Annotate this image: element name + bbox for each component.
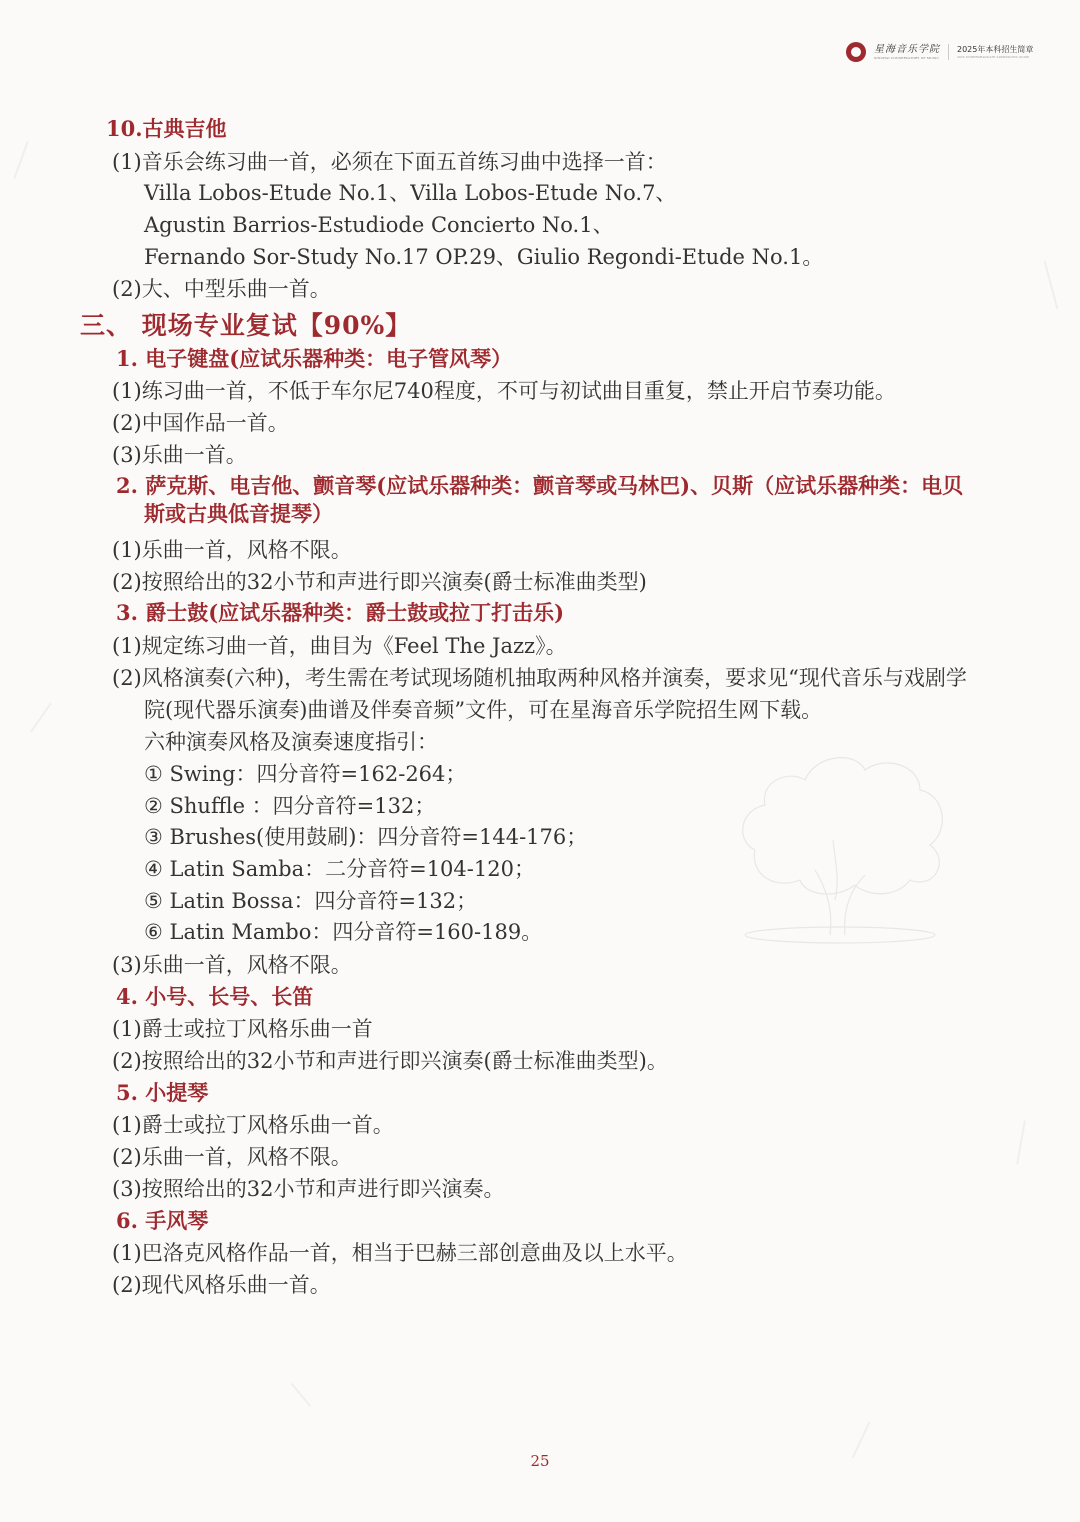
requirement-item: (2)中国作品一首。	[112, 407, 289, 437]
requirement-item: (2)现代风格乐曲一首。	[112, 1269, 331, 1299]
tempo-style-item: ④ Latin Samba：二分音符=104-120；	[144, 853, 535, 883]
tempo-style-item: ③ Brushes(使用鼓刷)：四分音符=144-176；	[144, 821, 587, 851]
brochure-title-en: 2025 UNDERGRADUATE ADMISSIONS GUIDE	[957, 56, 1033, 59]
subsection-heading-sax-guitar-bass-cont: 斯或古典低音提琴）	[144, 498, 333, 528]
institution-name-cn: 星海音乐学院	[874, 45, 940, 55]
guitar-item: (2)大、中型乐曲一首。	[112, 273, 331, 303]
paper-fiber	[13, 141, 29, 179]
institution-name: 星海音乐学院 XINGHAI CONSERVATORY OF MUSIC	[874, 45, 940, 60]
requirement-item-cont: 院(现代器乐演奏)曲谱及伴奏音频”文件，可在星海音乐学院招生网下载。	[144, 694, 822, 724]
tempo-guide-label: 六种演奏风格及演奏速度指引：	[144, 726, 438, 756]
requirement-item: (3)按照给出的32小节和声进行即兴演奏。	[112, 1173, 504, 1203]
paper-fiber	[291, 1383, 312, 1407]
paper-fiber	[1044, 261, 1059, 310]
guitar-etude-list: Villa Lobos-Etude No.1、Villa Lobos-Etude…	[144, 177, 676, 207]
paper-fiber	[1016, 1120, 1026, 1165]
guitar-etude-list: Fernando Sor-Study No.17 OP.29、Giulio Re…	[144, 241, 823, 271]
requirement-item: (1)巴洛克风格作品一首，相当于巴赫三部创意曲及以上水平。	[112, 1237, 688, 1267]
subsection-heading-sax-guitar-bass: 2. 萨克斯、电吉他、颤音琴(应试乐器种类：颤音琴或马林巴)、贝斯（应试乐器种类…	[116, 470, 963, 500]
requirement-item: (2)按照给出的32小节和声进行即兴演奏(爵士标准曲类型)	[112, 566, 647, 596]
paper-fiber	[30, 703, 52, 733]
guitar-heading: 10.古典吉他	[106, 113, 227, 143]
tempo-style-item: ⑥ Latin Mambo：四分音符=160-189。	[144, 916, 542, 946]
requirement-item: (1)乐曲一首，风格不限。	[112, 534, 352, 564]
requirement-item: (2)按照给出的32小节和声进行即兴演奏(爵士标准曲类型)。	[112, 1045, 668, 1075]
page-number: 25	[0, 1452, 1080, 1470]
subsection-heading-keyboard: 1. 电子键盘(应试乐器种类：电子管风琴）	[116, 343, 512, 373]
requirement-item: (2)风格演奏(六种)，考生需在考试现场随机抽取两种风格并演奏，要求见“现代音乐…	[112, 662, 967, 692]
requirement-item: (3)乐曲一首，风格不限。	[112, 949, 352, 979]
requirement-item: (3)乐曲一首。	[112, 439, 247, 469]
brochure-title: 2025年本科招生简章 2025 UNDERGRADUATE ADMISSION…	[957, 46, 1033, 59]
guitar-item: (1)音乐会练习曲一首，必须在下面五首练习曲中选择一首：	[112, 146, 667, 176]
header-divider	[948, 44, 949, 60]
tree-watermark-icon	[715, 730, 970, 950]
institution-name-en: XINGHAI CONSERVATORY OF MUSIC	[874, 57, 940, 60]
tempo-style-item: ⑤ Latin Bossa：四分音符=132；	[144, 885, 477, 915]
requirement-item: (1)爵士或拉丁风格乐曲一首	[112, 1013, 373, 1043]
school-logo-icon	[846, 42, 866, 62]
subsection-heading-violin: 5. 小提琴	[116, 1077, 208, 1107]
subsection-heading-drums: 3. 爵士鼓(应试乐器种类：爵士鼓或拉丁打击乐)	[116, 597, 564, 627]
requirement-item: (1)练习曲一首，不低于车尔尼740程度，不可与初试曲目重复，禁止开启节奏功能。	[112, 375, 896, 405]
guitar-etude-list: Agustin Barrios-Estudiode Concierto No.1…	[144, 209, 614, 239]
section-heading: 三、 现场专业复试【90%】	[80, 306, 411, 342]
requirement-item: (1)规定练习曲一首，曲目为《Feel The Jazz》。	[112, 630, 567, 660]
requirement-item: (1)爵士或拉丁风格乐曲一首。	[112, 1109, 394, 1139]
subsection-heading-brass-flute: 4. 小号、长号、长笛	[116, 981, 313, 1011]
brochure-title-cn: 2025年本科招生简章	[957, 46, 1033, 54]
tempo-style-item: ② Shuffle ：四分音符=132；	[144, 790, 435, 820]
page-header: 星海音乐学院 XINGHAI CONSERVATORY OF MUSIC 202…	[846, 42, 1033, 62]
tempo-style-item: ① Swing：四分音符=162-264；	[144, 758, 466, 788]
requirement-item: (2)乐曲一首，风格不限。	[112, 1141, 352, 1171]
subsection-heading-accordion: 6. 手风琴	[116, 1205, 208, 1235]
